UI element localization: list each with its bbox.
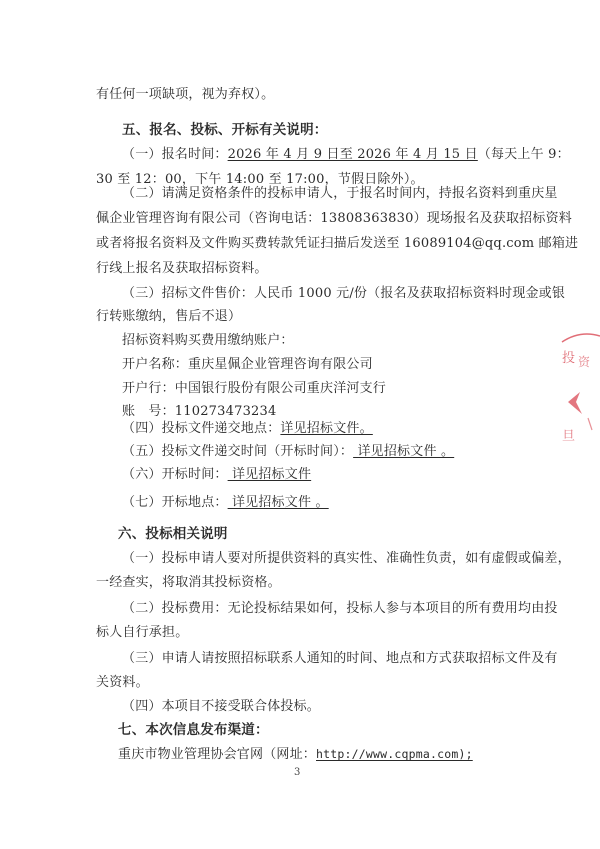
text-line: （一）报名时间：2026 年 4 月 9 日至 2026 年 4 月 15 日（… bbox=[122, 147, 570, 163]
text-line: 标人自行承担。 bbox=[96, 625, 188, 641]
submission-place-label: （四）投标文件递交地点： bbox=[122, 421, 280, 436]
text-line: 行线上报名及获取招标资料。 bbox=[96, 261, 268, 277]
text-line: 行转账缴纳，售后不退） bbox=[96, 309, 241, 325]
text-line: （二）请满足资格条件的投标申请人，于报名时间内，持报名资料到重庆星 bbox=[122, 186, 558, 202]
text-line: 佩企业管理咨询有限公司（咨询电话：13808363830）现场报名及获取招标资料 bbox=[96, 211, 572, 227]
text-line: 或者将报名资料及文件购买费转款凭证扫描后发送至 16089104@qq.com … bbox=[96, 236, 578, 252]
text-line: 一经查实，将取消其投标资格。 bbox=[96, 575, 281, 591]
submission-place-value: 详见招标文件。 bbox=[280, 421, 372, 436]
registration-time-value: 2026 年 4 月 9 日至 2026 年 4 月 15 日 bbox=[228, 147, 478, 162]
section-heading-6: 六、投标相关说明 bbox=[118, 526, 228, 542]
svg-text:资: 资 bbox=[578, 354, 591, 369]
text-line: 有任何一项缺项，视为弃权）。 bbox=[96, 87, 274, 103]
opening-place-value: 详见招标文件 。 bbox=[228, 495, 329, 510]
submission-time-value: 详见招标文件 。 bbox=[353, 444, 454, 459]
text-line: （三）申请人请按照招标联系人通知的时间、地点和方式获取招标文件及有 bbox=[122, 651, 558, 667]
page-number: 3 bbox=[294, 767, 300, 778]
section-heading-7: 七、本次信息发布渠道： bbox=[118, 722, 269, 738]
text-line: 重庆市物业管理协会官网（网址：http://www.cqpma.com); bbox=[118, 746, 473, 763]
registration-time-label: （一）报名时间： bbox=[122, 147, 228, 162]
account-name: 开户名称：重庆星佩企业管理咨询有限公司 bbox=[122, 357, 373, 373]
text-line: （三）招标文件售价：人民币 1000 元/份（报名及获取招标资料时现金或银 bbox=[122, 286, 565, 302]
section-heading-5: 五、报名、投标、开标有关说明： bbox=[122, 122, 328, 138]
text-line: （四）投标文件递交地点：详见招标文件。 bbox=[122, 421, 373, 437]
opening-time-value: 详见招标文件 bbox=[228, 467, 312, 482]
svg-text:旦: 旦 bbox=[562, 429, 575, 442]
text-line: （一）投标申请人要对所提供资料的真实性、准确性负责，如有虚假或偏差， bbox=[122, 551, 571, 567]
text-line: （四）本项目不接受联合体投标。 bbox=[122, 699, 320, 715]
text-line: （七）开标地点： 详见招标文件 。 bbox=[122, 495, 329, 511]
svg-text:投: 投 bbox=[562, 350, 575, 366]
account-bank: 开户行：中国银行股份有限公司重庆洋河支行 bbox=[122, 381, 386, 397]
channel-label: 重庆市物业管理协会官网（网址： bbox=[118, 747, 316, 762]
account-title: 招标资料购买费用缴纳账户： bbox=[122, 333, 294, 349]
official-seal-stamp: 投 资 旦 bbox=[560, 322, 600, 442]
registration-hours: （每天上午 9： bbox=[478, 147, 570, 162]
channel-url-link[interactable]: http://www.cqpma.com); bbox=[316, 747, 473, 761]
opening-place-label: （七）开标地点： bbox=[122, 495, 228, 510]
text-line: 关资料。 bbox=[96, 675, 149, 691]
text-line: （六）开标时间： 详见招标文件 bbox=[122, 467, 311, 483]
document-page: 有任何一项缺项，视为弃权）。 五、报名、投标、开标有关说明： （一）报名时间：2… bbox=[0, 0, 600, 849]
text-line: （五）投标文件递交时间（开标时间）： 详见招标文件 。 bbox=[122, 444, 454, 460]
opening-time-label: （六）开标时间： bbox=[122, 467, 228, 482]
account-number: 账 号：110273473234 bbox=[122, 404, 276, 420]
submission-time-label: （五）投标文件递交时间（开标时间）： bbox=[122, 444, 353, 459]
text-line: （二）投标费用：无论投标结果如何，投标人参与本项目的所有费用均由投 bbox=[122, 601, 558, 617]
